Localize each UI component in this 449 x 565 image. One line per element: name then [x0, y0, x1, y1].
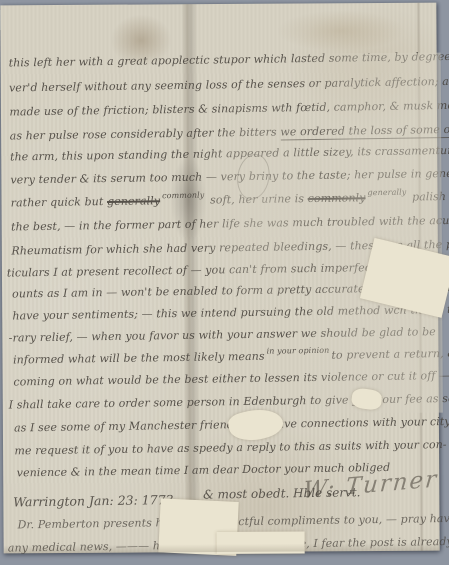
strikethrough-word: commonly	[308, 191, 366, 205]
inserted-word: commonly	[162, 191, 204, 201]
letter-line: very tender & its serum too much — very …	[10, 167, 449, 186]
letter-line: the arm, this upon standing the night ap…	[10, 144, 449, 163]
letter-line: this left her with a great apoplectic st…	[9, 50, 449, 70]
letter-line-text: as her pulse rose considerably after the…	[10, 125, 281, 142]
letter-scan-background: this left her with a great apoplectic st…	[0, 0, 449, 565]
dateline-place-date: Warrington Jan: 23: 1773	[13, 494, 174, 509]
letter-line-text: palish except when she is at	[408, 188, 449, 203]
letter-line-text: rather quick but	[11, 195, 107, 209]
underlined-phrase: we ordered the loss of some ounces of bl…	[280, 121, 449, 140]
letter-line: ticulars I at present recollect of — you…	[7, 262, 403, 280]
letter-paper: this left her with a great apoplectic st…	[0, 3, 439, 554]
strikethrough-word: generally	[107, 194, 160, 208]
letter-line: rather quick but generallycommonly soft,…	[11, 189, 449, 209]
letter-line: -rary relief, — when you favor us with y…	[9, 326, 436, 344]
letter-line: ver'd herself without any seeming loss o…	[9, 75, 449, 94]
inserted-word: generally	[367, 188, 406, 198]
letter-line: as her pulse rose considerably after the…	[10, 122, 449, 142]
letter-line: coming on what would be the best either …	[13, 370, 449, 389]
letter-line: have your sentiments; — this we intend p…	[12, 303, 449, 322]
letter-line: made use of the friction; blisters & sin…	[9, 99, 449, 118]
letter-line: I shall take care to order some person i…	[9, 393, 449, 412]
repair-patch	[217, 531, 305, 554]
repair-patch	[158, 498, 238, 556]
letter-line: me request it of you to have as speedy a…	[14, 439, 446, 458]
letter-line-text: informed what will be the most likely me…	[13, 350, 265, 367]
letter-line: the best, — in the former part of her li…	[11, 215, 449, 234]
letter-line: informed what will be the most likely me…	[13, 347, 449, 367]
inserted-word: in your opinion	[267, 346, 330, 356]
letter-line-text: to prevent a return, & when the fit is	[331, 346, 449, 362]
